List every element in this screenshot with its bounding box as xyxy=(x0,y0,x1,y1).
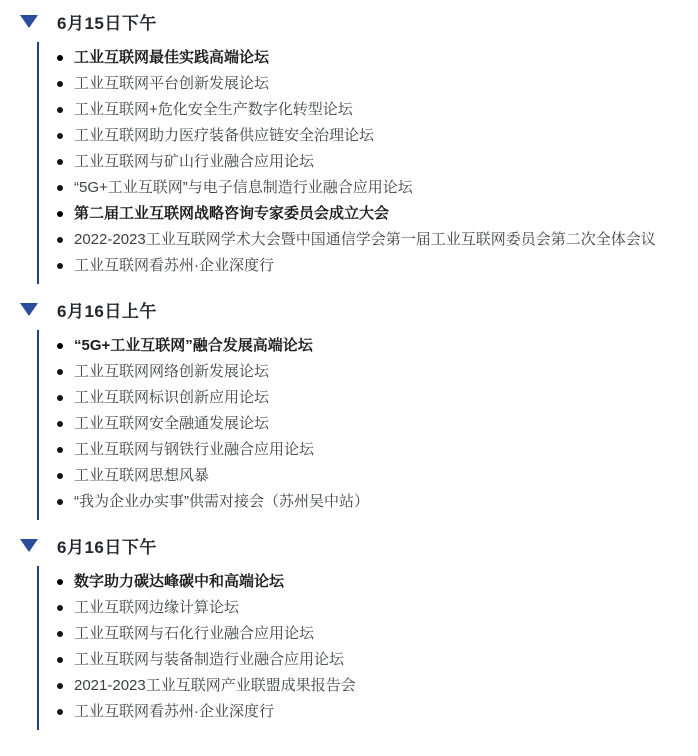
session-item: 工业互联网看苏州·企业深度行 xyxy=(39,699,686,725)
session-item: 工业互联网标识创新应用论坛 xyxy=(39,385,686,411)
session-list: 数字助力碳达峰碳中和高端论坛 工业互联网边缘计算论坛 工业互联网与石化行业融合应… xyxy=(39,569,686,725)
bullet-icon xyxy=(57,211,63,217)
session-item: 工业互联网与石化行业融合应用论坛 xyxy=(39,621,686,647)
bullet-icon xyxy=(57,55,63,61)
bullet-icon xyxy=(57,657,63,663)
agenda-section: 6月16日下午 数字助力碳达峰碳中和高端论坛 工业互联网边缘计算论坛 工业互联网… xyxy=(0,534,698,730)
session-title: 2021-2023工业互联网产业联盟成果报告会 xyxy=(74,677,356,694)
session-item: 工业互联网安全融通发展论坛 xyxy=(39,411,686,437)
bullet-icon xyxy=(57,369,63,375)
session-item: 工业互联网与矿山行业融合应用论坛 xyxy=(39,149,686,175)
session-title: 工业互联网与石化行业融合应用论坛 xyxy=(74,625,314,642)
session-item: 2021-2023工业互联网产业联盟成果报告会 xyxy=(39,673,686,699)
session-title: 工业互联网看苏州·企业深度行 xyxy=(74,257,274,274)
session-item: 工业互联网网络创新发展论坛 xyxy=(39,359,686,385)
agenda-section: 6月16日上午 “5G+工业互联网”融合发展高端论坛 工业互联网网络创新发展论坛… xyxy=(0,298,698,520)
section-header-toggle[interactable]: 6月15日下午 xyxy=(0,10,698,32)
bullet-icon xyxy=(57,579,63,585)
session-title: 工业互联网网络创新发展论坛 xyxy=(74,363,269,380)
session-item: 数字助力碳达峰碳中和高端论坛 xyxy=(39,569,686,595)
session-title: 第二届工业互联网战略咨询专家委员会成立大会 xyxy=(74,205,389,222)
session-title: 工业互联网思想风暴 xyxy=(74,467,209,484)
bullet-icon xyxy=(57,263,63,269)
session-item: 2022-2023工业互联网学术大会暨中国通信学会第一届工业互联网委员会第二次全… xyxy=(39,227,686,253)
session-title: 工业互联网与装备制造行业融合应用论坛 xyxy=(74,651,344,668)
session-title: “5G+工业互联网”与电子信息制造行业融合应用论坛 xyxy=(74,179,413,196)
bullet-icon xyxy=(57,447,63,453)
bullet-icon xyxy=(57,237,63,243)
session-list: 工业互联网最佳实践高端论坛 工业互联网平台创新发展论坛 工业互联网+危化安全生产… xyxy=(39,45,686,279)
bullet-icon xyxy=(57,605,63,611)
session-item: “5G+工业互联网”融合发展高端论坛 xyxy=(39,333,686,359)
bullet-icon xyxy=(57,185,63,191)
bullet-icon xyxy=(57,159,63,165)
bullet-icon xyxy=(57,81,63,87)
bullet-icon xyxy=(57,395,63,401)
bullet-icon xyxy=(57,473,63,479)
section-title: 6月15日下午 xyxy=(57,9,157,34)
session-title: 工业互联网标识创新应用论坛 xyxy=(74,389,269,406)
bullet-icon xyxy=(57,709,63,715)
session-title: “我为企业办实事”供需对接会（苏州吴中站） xyxy=(74,493,369,510)
collapse-triangle-icon[interactable] xyxy=(20,539,38,552)
section-header-toggle[interactable]: 6月16日下午 xyxy=(0,534,698,556)
session-item: 工业互联网与钢铁行业融合应用论坛 xyxy=(39,437,686,463)
session-item: “我为企业办实事”供需对接会（苏州吴中站） xyxy=(39,489,686,515)
session-item: 第二届工业互联网战略咨询专家委员会成立大会 xyxy=(39,201,686,227)
bullet-icon xyxy=(57,343,63,349)
session-title: 2022-2023工业互联网学术大会暨中国通信学会第一届工业互联网委员会第二次全… xyxy=(74,231,656,248)
collapse-triangle-icon[interactable] xyxy=(20,15,38,28)
session-item: 工业互联网平台创新发展论坛 xyxy=(39,71,686,97)
session-list: “5G+工业互联网”融合发展高端论坛 工业互联网网络创新发展论坛 工业互联网标识… xyxy=(39,333,686,515)
session-item: 工业互联网思想风暴 xyxy=(39,463,686,489)
session-title: 工业互联网+危化安全生产数字化转型论坛 xyxy=(74,101,353,118)
session-item: 工业互联网助力医疗装备供应链安全治理论坛 xyxy=(39,123,686,149)
session-title: 工业互联网最佳实践高端论坛 xyxy=(74,49,269,66)
session-title: 工业互联网与钢铁行业融合应用论坛 xyxy=(74,441,314,458)
session-title: 工业互联网边缘计算论坛 xyxy=(74,599,239,616)
section-header-toggle[interactable]: 6月16日上午 xyxy=(0,298,698,320)
session-title: 数字助力碳达峰碳中和高端论坛 xyxy=(74,573,284,590)
bullet-icon xyxy=(57,133,63,139)
section-body: “5G+工业互联网”融合发展高端论坛 工业互联网网络创新发展论坛 工业互联网标识… xyxy=(37,330,690,520)
agenda: 6月15日下午 工业互联网最佳实践高端论坛 工业互联网平台创新发展论坛 工业互联… xyxy=(0,10,698,730)
bullet-icon xyxy=(57,631,63,637)
bullet-icon xyxy=(57,421,63,427)
session-title: 工业互联网与矿山行业融合应用论坛 xyxy=(74,153,314,170)
session-item: “5G+工业互联网”与电子信息制造行业融合应用论坛 xyxy=(39,175,686,201)
session-title: 工业互联网平台创新发展论坛 xyxy=(74,75,269,92)
agenda-section: 6月15日下午 工业互联网最佳实践高端论坛 工业互联网平台创新发展论坛 工业互联… xyxy=(0,10,698,284)
session-title: 工业互联网看苏州·企业深度行 xyxy=(74,703,274,720)
collapse-triangle-icon[interactable] xyxy=(20,303,38,316)
session-item: 工业互联网最佳实践高端论坛 xyxy=(39,45,686,71)
session-item: 工业互联网与装备制造行业融合应用论坛 xyxy=(39,647,686,673)
session-title: 工业互联网助力医疗装备供应链安全治理论坛 xyxy=(74,127,374,144)
section-body: 工业互联网最佳实践高端论坛 工业互联网平台创新发展论坛 工业互联网+危化安全生产… xyxy=(37,42,690,284)
bullet-icon xyxy=(57,499,63,505)
session-title: 工业互联网安全融通发展论坛 xyxy=(74,415,269,432)
session-item: 工业互联网边缘计算论坛 xyxy=(39,595,686,621)
section-title: 6月16日下午 xyxy=(57,533,157,558)
section-body: 数字助力碳达峰碳中和高端论坛 工业互联网边缘计算论坛 工业互联网与石化行业融合应… xyxy=(37,566,690,730)
session-item: 工业互联网+危化安全生产数字化转型论坛 xyxy=(39,97,686,123)
bullet-icon xyxy=(57,107,63,113)
session-item: 工业互联网看苏州·企业深度行 xyxy=(39,253,686,279)
section-title: 6月16日上午 xyxy=(57,297,157,322)
bullet-icon xyxy=(57,683,63,689)
session-title: “5G+工业互联网”融合发展高端论坛 xyxy=(74,337,313,354)
